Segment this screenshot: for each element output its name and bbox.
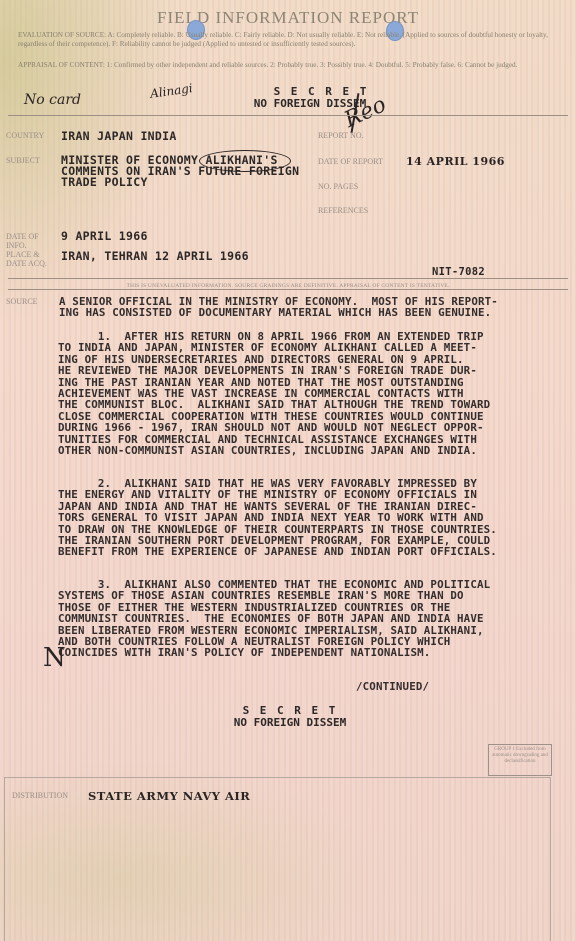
place-date-acquired-value: IRAN, TEHRAN 12 APRIL 1966 (61, 251, 249, 263)
divider (8, 278, 568, 279)
distribution-box (4, 777, 551, 941)
continued-label: /CONTINUED/ (356, 681, 429, 692)
paragraph-1: 1. AFTER HIS RETURN ON 8 APRIL 1966 FROM… (58, 331, 490, 456)
report-no-label: REPORT NO. (318, 132, 364, 141)
subject-line: TRADE POLICY (61, 177, 148, 189)
date-of-report-label: DATE OF REPORT (318, 158, 383, 167)
country-value: IRAN JAPAN INDIA (61, 131, 177, 143)
source-label: SOURCE (6, 298, 38, 307)
evaluation-of-source-legend: EVALUATION OF SOURCE: A: Completely reli… (18, 31, 548, 48)
paragraph-2: 2. ALIKHANI SAID THAT HE WAS VERY FAVORA… (58, 478, 497, 558)
paragraph-3: 3. ALIKHANI ALSO COMMENTED THAT THE ECON… (58, 579, 490, 659)
appraisal-of-content-legend: APPRAISAL OF CONTENT: 1: Confirmed by ot… (18, 61, 548, 70)
no-pages-label: NO. PAGES (318, 183, 358, 192)
source-text: A SENIOR OFFICIAL IN THE MINISTRY OF ECO… (59, 296, 498, 319)
form-title: FIELD INFORMATION REPORT (0, 8, 576, 28)
handwritten-note-mid: Alinagi (149, 81, 193, 101)
handwritten-note-left: No card (24, 92, 81, 108)
classification-header: S E C R E T NO FOREIGN DISSEM (190, 86, 430, 110)
dissem-label: NO FOREIGN DISSEM (210, 717, 370, 729)
country-label: COUNTRY (6, 132, 44, 141)
margin-mark: N (43, 645, 66, 671)
dissem-label: NO FOREIGN DISSEM (190, 98, 430, 110)
references-label: REFERENCES (318, 207, 368, 216)
place-date-acquired-label: PLACE & DATE ACQ. (6, 251, 50, 268)
divider (8, 289, 568, 290)
date-of-info-label: DATE OF INFO. (6, 233, 50, 250)
handwritten-circle (199, 150, 291, 172)
report-number: NIT-7082 (432, 267, 485, 279)
subject-label: SUBJECT (6, 157, 40, 166)
distribution-value: STATE ARMY NAVY AIR (88, 789, 250, 803)
date-of-info-value: 9 APRIL 1966 (61, 231, 148, 243)
classification-footer: S E C R E T NO FOREIGN DISSEM (210, 705, 370, 729)
group-declassification-stamp: GROUP 1 Excluded from automatic downgrad… (488, 744, 552, 776)
date-of-report-value: 14 APRIL 1966 (406, 155, 505, 168)
distribution-label: DISTRIBUTION (12, 792, 68, 801)
divider (8, 115, 568, 116)
